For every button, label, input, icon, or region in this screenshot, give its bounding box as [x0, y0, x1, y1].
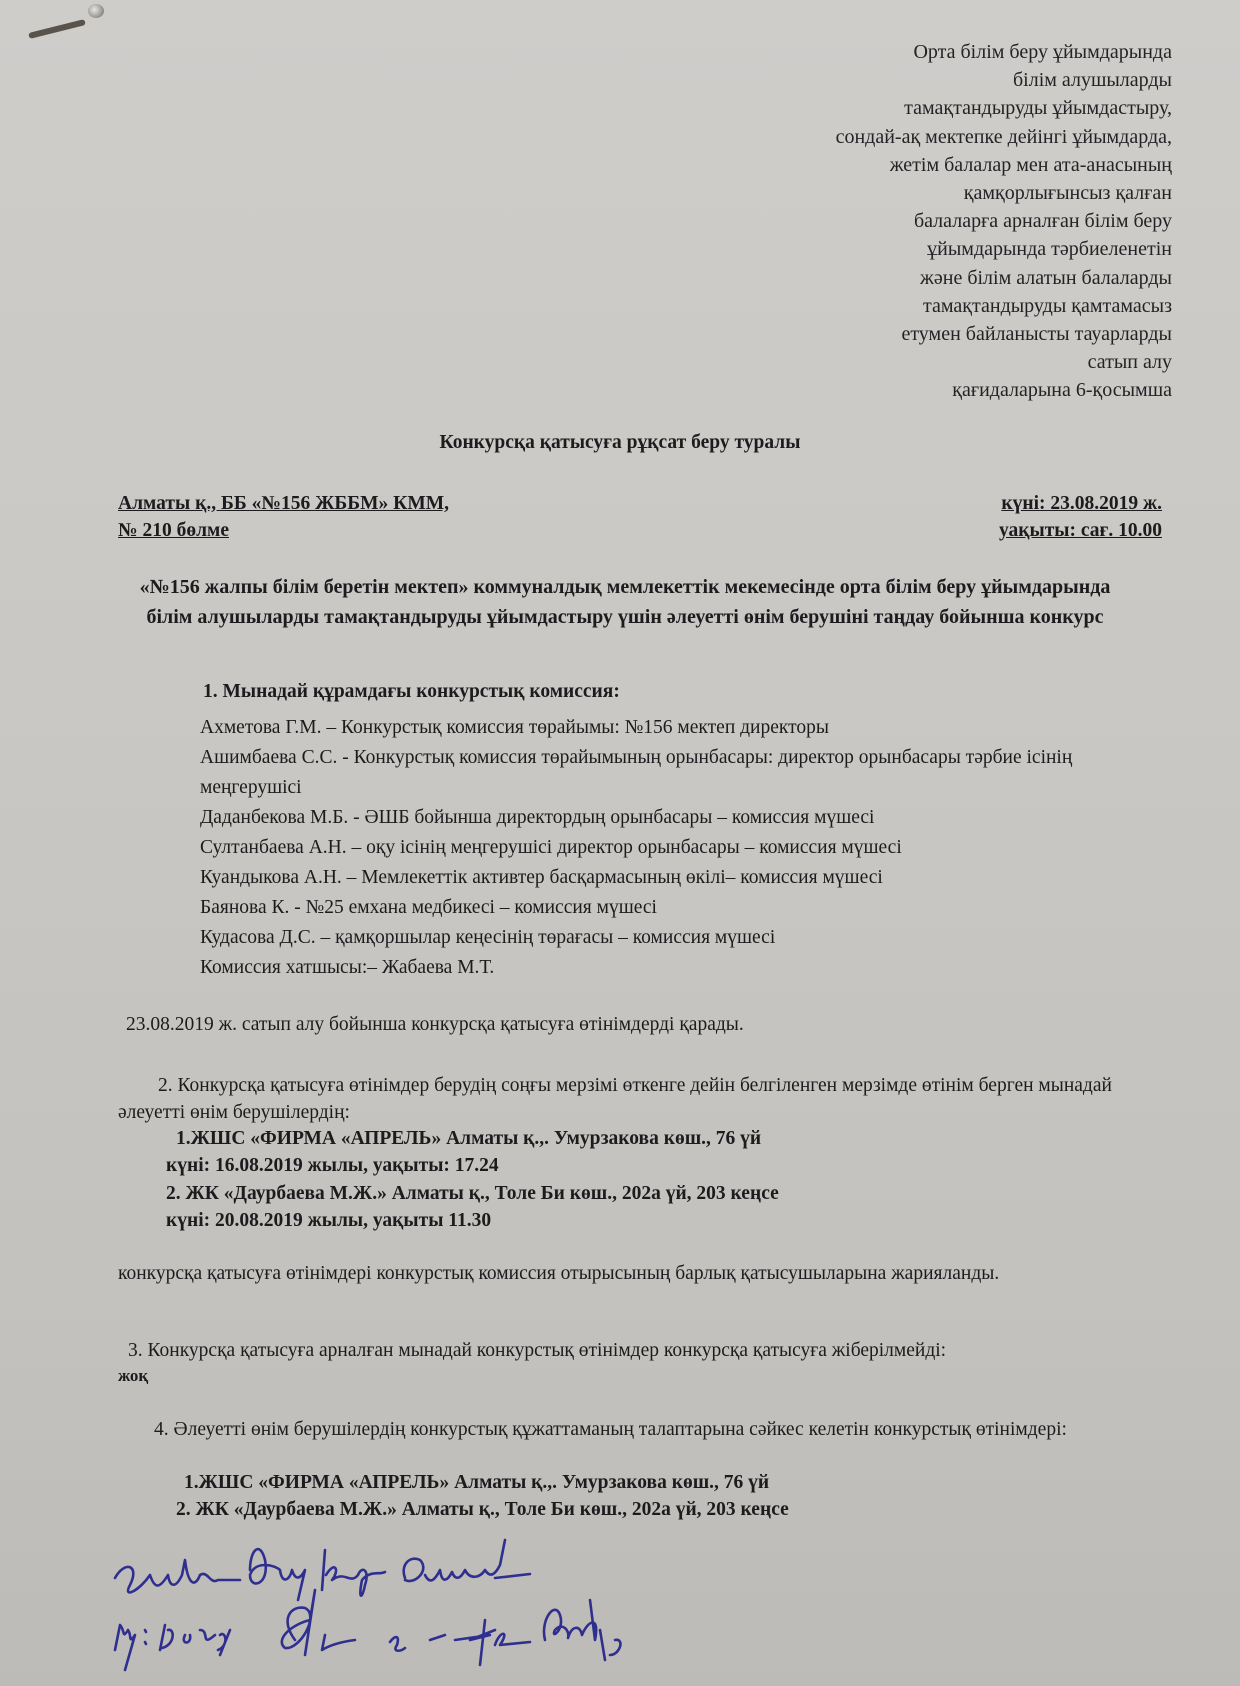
- qualified-bidder-1: 1.ЖШС «ФИРМА «АПРЕЛЬ» Алматы қ.,. Умурза…: [184, 1469, 769, 1496]
- annex-line: сатып алу: [836, 348, 1172, 376]
- annex-line: Орта білім беру ұйымдарында: [836, 38, 1172, 66]
- commission-member: Кудасова Д.С. – қамқоршылар кеңесінің тө…: [200, 923, 1160, 953]
- signature-7: [544, 1600, 620, 1660]
- commission-member: Султанбаева А.Н. – оқу ісінің меңгерушіс…: [200, 833, 1160, 863]
- bidder-2-submitted: күні: 20.08.2019 жылы, уақыты 11.30: [166, 1207, 491, 1234]
- signature-3: [322, 1550, 385, 1596]
- meeting-datetime: күні: 23.08.2019 ж. уақыты: сағ. 10.00: [999, 490, 1162, 544]
- staple-bar: [28, 19, 86, 39]
- signature-2: [250, 1549, 305, 1600]
- document-title: Конкурсқа қатысуға рұқсат беру туралы: [0, 432, 1240, 454]
- annex-line: тамақтандыруды ұйымдастыру,: [836, 94, 1172, 122]
- section-2-intro: 2. Конкурсқа қатысуға өтінімдер берудің …: [118, 1072, 1148, 1126]
- section-3-value: жоқ: [118, 1362, 148, 1389]
- location-line: Алматы қ., ББ «№156 ЖББМ» КММ,: [118, 490, 449, 517]
- meeting-time: уақыты: сағ. 10.00: [999, 517, 1162, 544]
- signature-1: [115, 1560, 240, 1592]
- bidder-1-submitted: күні: 16.08.2019 жылы, уақыты: 17.24: [166, 1152, 499, 1179]
- review-note: 23.08.2019 ж. сатып алу бойынша конкурсқ…: [126, 1011, 744, 1038]
- handwritten-signatures: [100, 1530, 1100, 1686]
- section-1-heading: 1. Мынадай құрамдағы конкурстық комиссия…: [203, 681, 620, 703]
- commission-member: Баянова К. - №25 емхана медбикесі – коми…: [200, 893, 1160, 923]
- commission-member: Даданбекова М.Б. - ӘШБ бойынша директорд…: [200, 803, 1160, 833]
- annex-line: балаларға арналған білім беру: [836, 207, 1172, 235]
- commission-member: Куандыкова А.Н. – Мемлекеттік активтер б…: [200, 863, 1160, 893]
- staple: [26, 4, 106, 40]
- annex-line: жетім балалар мен ата-анасының: [836, 151, 1172, 179]
- annex-reference: Орта білім беру ұйымдарында білім алушыл…: [836, 38, 1172, 405]
- staple-head: [88, 4, 104, 18]
- handwritten-note: [115, 1625, 230, 1670]
- annex-line: және білім алатын балаларды: [836, 264, 1172, 292]
- annex-line: білім алушыларды: [836, 66, 1172, 94]
- signature-4: [404, 1540, 530, 1581]
- signatures-area: [100, 1530, 1100, 1686]
- commission-secretary: Комиссия хатшысы:– Жабаева М.Т.: [200, 953, 1160, 983]
- section-4-text: 4. Әлеуетті өнім берушілердің конкурстық…: [154, 1416, 1124, 1443]
- annex-line: тамақтандыруды қамтамасыз: [836, 292, 1172, 320]
- bidder-1-name: 1.ЖШС «ФИРМА «АПРЕЛЬ» Алматы қ.,. Умурза…: [176, 1125, 761, 1152]
- commission-member: Ахметова Г.М. – Конкурстық комиссия төра…: [200, 713, 1160, 743]
- meeting-date: күні: 23.08.2019 ж.: [999, 490, 1162, 517]
- competition-subject: «№156 жалпы білім беретін мектеп» коммун…: [130, 572, 1120, 632]
- annex-line: етумен байланысты тауарларды: [836, 320, 1172, 348]
- signature-6: [390, 1620, 530, 1665]
- annex-line: қағидаларына 6-қосымша: [836, 376, 1172, 404]
- section-3-text: 3. Конкурсқа қатысуға арналған мынадай к…: [128, 1337, 946, 1364]
- commission-members-list: Ахметова Г.М. – Конкурстық комиссия төра…: [200, 713, 1160, 983]
- annex-line: қамқорлығынсыз қалған: [836, 179, 1172, 207]
- annex-line: ұйымдарында тәрбиеленетін: [836, 235, 1172, 263]
- qualified-bidder-2: 2. ЖК «Даурбаева М.Ж.» Алматы қ., Толе Б…: [176, 1496, 789, 1523]
- bidder-2-name: 2. ЖК «Даурбаева М.Ж.» Алматы қ., Толе Б…: [166, 1180, 779, 1207]
- section-2-outro: конкурсқа қатысуға өтінімдері конкурстық…: [118, 1260, 1078, 1287]
- room-line: № 210 бөлме: [118, 517, 449, 544]
- commission-member: Ашимбаева С.С. - Конкурстық комиссия төр…: [200, 743, 1130, 803]
- annex-line: сондай-ақ мектепке дейінгі ұйымдарда,: [836, 123, 1172, 151]
- meeting-location: Алматы қ., ББ «№156 ЖББМ» КММ, № 210 бөл…: [118, 490, 449, 544]
- signature-5: [282, 1590, 355, 1655]
